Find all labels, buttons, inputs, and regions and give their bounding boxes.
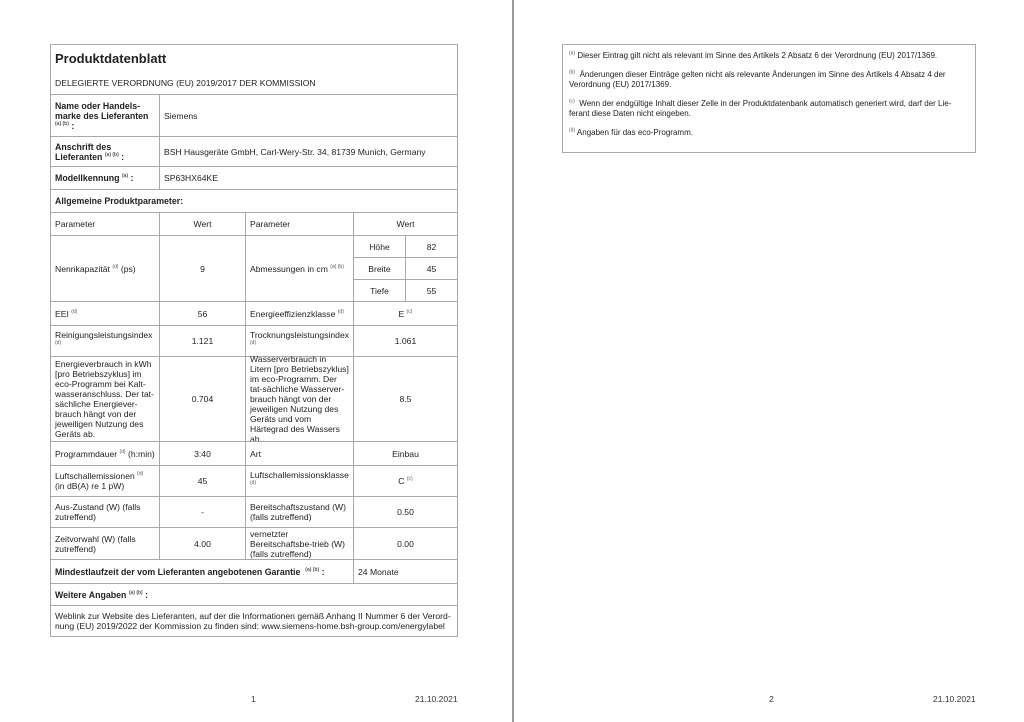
standby-value-cell: 0.50 (353, 496, 458, 528)
model-id: SP63HX64KE (164, 173, 218, 183)
footnote-d: (d) Angaben für das eco-Programm. (569, 128, 969, 138)
networked-standby-value-cell: 0.00 (353, 527, 458, 560)
dim-width-label: Breite (353, 257, 406, 280)
capacity-label-cell: Nennkapazität (d) (ps) (50, 235, 160, 302)
dim-depth-value: 55 (405, 279, 458, 302)
dimensions-label-cell: Abmessungen in cm (a) (b) (245, 235, 354, 302)
header-value-1: Wert (159, 212, 246, 236)
supplier-address: BSH Hausgeräte GmbH, Carl-Wery-Str. 34, … (164, 147, 426, 157)
cleaning-index-label-cell: Reinigungsleistungsindex(d) (50, 325, 160, 357)
noise-value-cell: 45 (159, 465, 246, 497)
page-2-date: 21.10.2021 (933, 694, 976, 704)
off-mode-label-cell: Aus-Zustand (W) (falls zutreffend) (50, 496, 160, 528)
header-value-2: Wert (353, 212, 458, 236)
type-value-cell: Einbau (353, 441, 458, 466)
general-params-heading-cell: Allgemeine Produktparameter: (50, 189, 458, 213)
noise-class-label-cell: Luftschallemissionsklasse(d) (245, 465, 354, 497)
supplier-name-label-cell: Name oder Handels-marke des Lieferanten … (50, 94, 160, 137)
water-consumption-value-cell: 8.5 (353, 356, 458, 442)
supplier-address-label: Anschrift des Lieferanten (55, 142, 111, 162)
sheet-title-cell: Produktdatenblatt (50, 44, 458, 73)
page-1-date: 21.10.2021 (415, 694, 458, 704)
supplier-name-cell: Siemens (159, 94, 458, 137)
energy-consumption-label-cell: Energieverbrauch in kWh [pro Betriebszyk… (50, 356, 160, 442)
networked-standby-label-cell: vernetzter Bereitschaftsbe-trieb (W) (fa… (245, 527, 354, 560)
model-cell: SP63HX64KE (159, 166, 458, 190)
water-consumption-label-cell: Wasserverbrauch in Litern [pro Betriebsz… (245, 356, 354, 442)
regulation-text: DELEGIERTE VERORDNUNG (EU) 2019/2017 DER… (55, 78, 316, 88)
noise-label-cell: Luftschallemissionen (d) (in dB(A) re 1 … (50, 465, 160, 497)
further-info-text-cell: Weblink zur Website des Lieferanten, auf… (50, 605, 458, 637)
dim-height-label: Höhe (353, 235, 406, 258)
program-duration-value-cell: 3:40 (159, 441, 246, 466)
type-label-cell: Art (245, 441, 354, 466)
drying-index-label-cell: Trocknungsleistungsindex(d) (245, 325, 354, 357)
sheet-title: Produktdatenblatt (55, 54, 166, 64)
dim-depth-label: Tiefe (353, 279, 406, 302)
header-param-1: Parameter (50, 212, 160, 236)
footnote-a: (a) Dieser Eintrag gilt nicht als releva… (569, 51, 969, 61)
dim-height-value: 82 (405, 235, 458, 258)
warranty-label-cell: Mindestlaufzeit der vom Lieferanten ange… (50, 559, 354, 584)
delay-start-label-cell: Zeitvorwahl (W) (falls zutreffend) (50, 527, 160, 560)
supplier-address-cell: BSH Hausgeräte GmbH, Carl-Wery-Str. 34, … (159, 136, 458, 167)
regulation-cell: DELEGIERTE VERORDNUNG (EU) 2019/2017 DER… (50, 72, 458, 95)
drying-index-value-cell: 1.061 (353, 325, 458, 357)
energy-class-value-cell: E (c) (353, 301, 458, 326)
page-1-number: 1 (251, 694, 256, 704)
noise-class-value-cell: C (c) (353, 465, 458, 497)
footnote-c: (c) Wenn der endgültige Inhalt dieser Ze… (569, 99, 969, 119)
energy-label-weblink[interactable]: Weblink zur Website des Lieferanten, auf… (55, 611, 453, 631)
delay-start-value-cell: 4.00 (159, 527, 246, 560)
supplier-address-label-cell: Anschrift des Lieferanten (a) (b) : (50, 136, 160, 167)
dim-width-value: 45 (405, 257, 458, 280)
energy-consumption-value-cell: 0.704 (159, 356, 246, 442)
eei-label-cell: EEI (d) (50, 301, 160, 326)
off-mode-value-cell: - (159, 496, 246, 528)
model-label: Modellkennung (55, 173, 120, 183)
header-param-2: Parameter (245, 212, 354, 236)
energy-class-label-cell: Energieeffizienzklasse (d) (245, 301, 354, 326)
footnotes-box: (a) Dieser Eintrag gilt nicht als releva… (562, 44, 976, 153)
page-2-number: 2 (769, 694, 774, 704)
model-label-cell: Modellkennung (a) : (50, 166, 160, 190)
cleaning-index-value-cell: 1.121 (159, 325, 246, 357)
capacity-value-cell: 9 (159, 235, 246, 302)
general-params-heading: Allgemeine Produktparameter: (55, 196, 183, 206)
warranty-value-cell: 24 Monate (353, 559, 458, 584)
supplier-name: Siemens (164, 111, 197, 121)
page-divider (512, 0, 514, 722)
standby-label-cell: Bereitschaftszustand (W) (falls zutreffe… (245, 496, 354, 528)
program-duration-label-cell: Programmdauer (d) (h:min) (50, 441, 160, 466)
eei-value-cell: 56 (159, 301, 246, 326)
further-info-label-cell: Weitere Angaben (a) (b) : (50, 583, 458, 606)
footnote-b: (b) Änderungen dieser Einträge gelten ni… (569, 70, 969, 90)
supplier-name-label: Name oder Handels-marke des Lieferanten (55, 101, 148, 121)
